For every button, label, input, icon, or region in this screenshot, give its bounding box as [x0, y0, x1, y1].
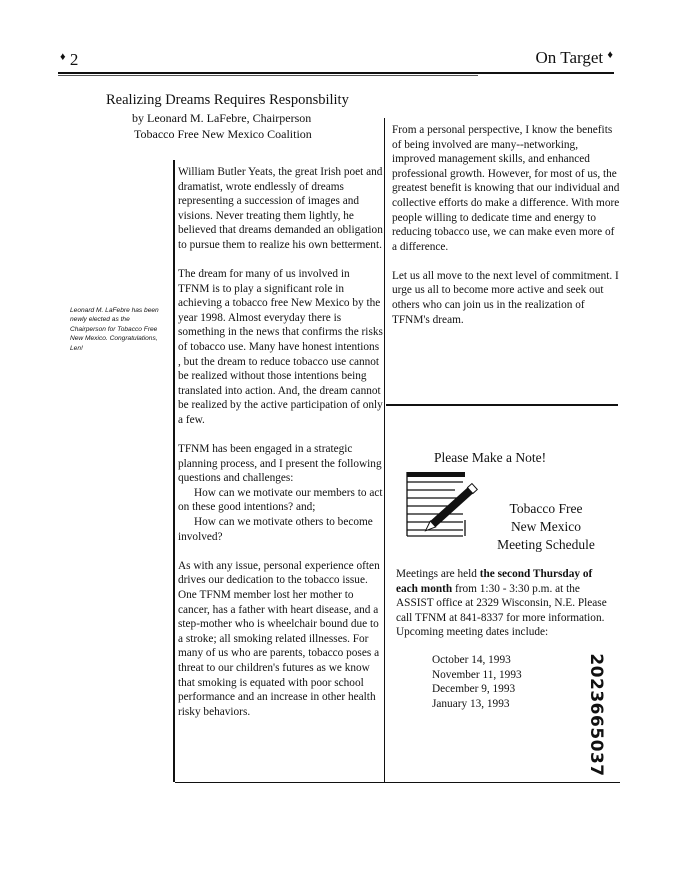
question-2: How can we motivate others to become inv…: [178, 515, 383, 544]
article-right-column: From a personal perspective, I know the …: [392, 123, 622, 342]
meeting-dates-list: October 14, 1993 November 11, 1993 Decem…: [432, 653, 522, 711]
document-id-stamp: 2023665037: [586, 650, 606, 780]
diamond-bullet-icon: ♦: [60, 51, 66, 63]
meeting-schedule-heading: Tobacco Free New Mexico Meeting Schedule: [490, 500, 602, 554]
right-column-section-rule: [386, 404, 618, 406]
byline-organization: Tobacco Free New Mexico Coalition: [134, 126, 332, 142]
running-title-text: On Target: [536, 48, 604, 67]
paragraph-experience: As with any issue, personal experience o…: [178, 559, 383, 720]
byline-author: by Leonard M. LaFebre, Chairperson: [132, 110, 332, 126]
meeting-info-text: Meetings are held: [396, 568, 480, 580]
column-divider-right: [384, 118, 385, 783]
article-title: Realizing Dreams Requires Responsbility: [106, 92, 349, 109]
meeting-info: Meetings are held the second Thursday of…: [396, 567, 611, 640]
question-1: How can we motivate our members to act o…: [178, 486, 383, 515]
author-sidenote: Leonard M. LaFebre has been newly electe…: [70, 306, 160, 353]
header-rule: [58, 72, 614, 74]
paragraph-questions: TFNM has been engaged in a strategic pla…: [178, 442, 383, 544]
meeting-date: November 11, 1993: [432, 668, 522, 683]
document-id: 2023665037: [586, 653, 606, 776]
heading-line: Meeting Schedule: [490, 536, 602, 554]
paragraph-commitment: Let us all move to the next level of com…: [392, 269, 622, 327]
column-divider-left: [173, 160, 175, 782]
bottom-rule: [175, 782, 620, 783]
paragraph-benefits: From a personal perspective, I know the …: [392, 123, 622, 254]
diamond-bullet-icon: ♦: [607, 49, 613, 61]
heading-line: Tobacco Free: [490, 500, 602, 518]
paragraph-dream: The dream for many of us involved in TFN…: [178, 267, 383, 428]
notice-title: Please Make a Note!: [434, 450, 546, 466]
heading-line: New Mexico: [490, 518, 602, 536]
questions-intro: TFNM has been engaged in a strategic pla…: [178, 443, 382, 484]
header-rule-secondary: [58, 75, 478, 76]
running-title: On Target ♦: [536, 48, 613, 68]
page-number: ♦ 2: [60, 50, 78, 70]
notepad-pencil-icon: [405, 470, 485, 540]
paragraph-yeats: William Butler Yeats, the great Irish po…: [178, 165, 383, 253]
meeting-date: December 9, 1993: [432, 682, 522, 697]
meeting-date: January 13, 1993: [432, 697, 522, 712]
article-byline: by Leonard M. LaFebre, Chairperson Tobac…: [132, 110, 332, 142]
article-middle-column: William Butler Yeats, the great Irish po…: [178, 165, 383, 734]
meeting-date: October 14, 1993: [432, 653, 522, 668]
page-number-value: 2: [70, 50, 79, 69]
